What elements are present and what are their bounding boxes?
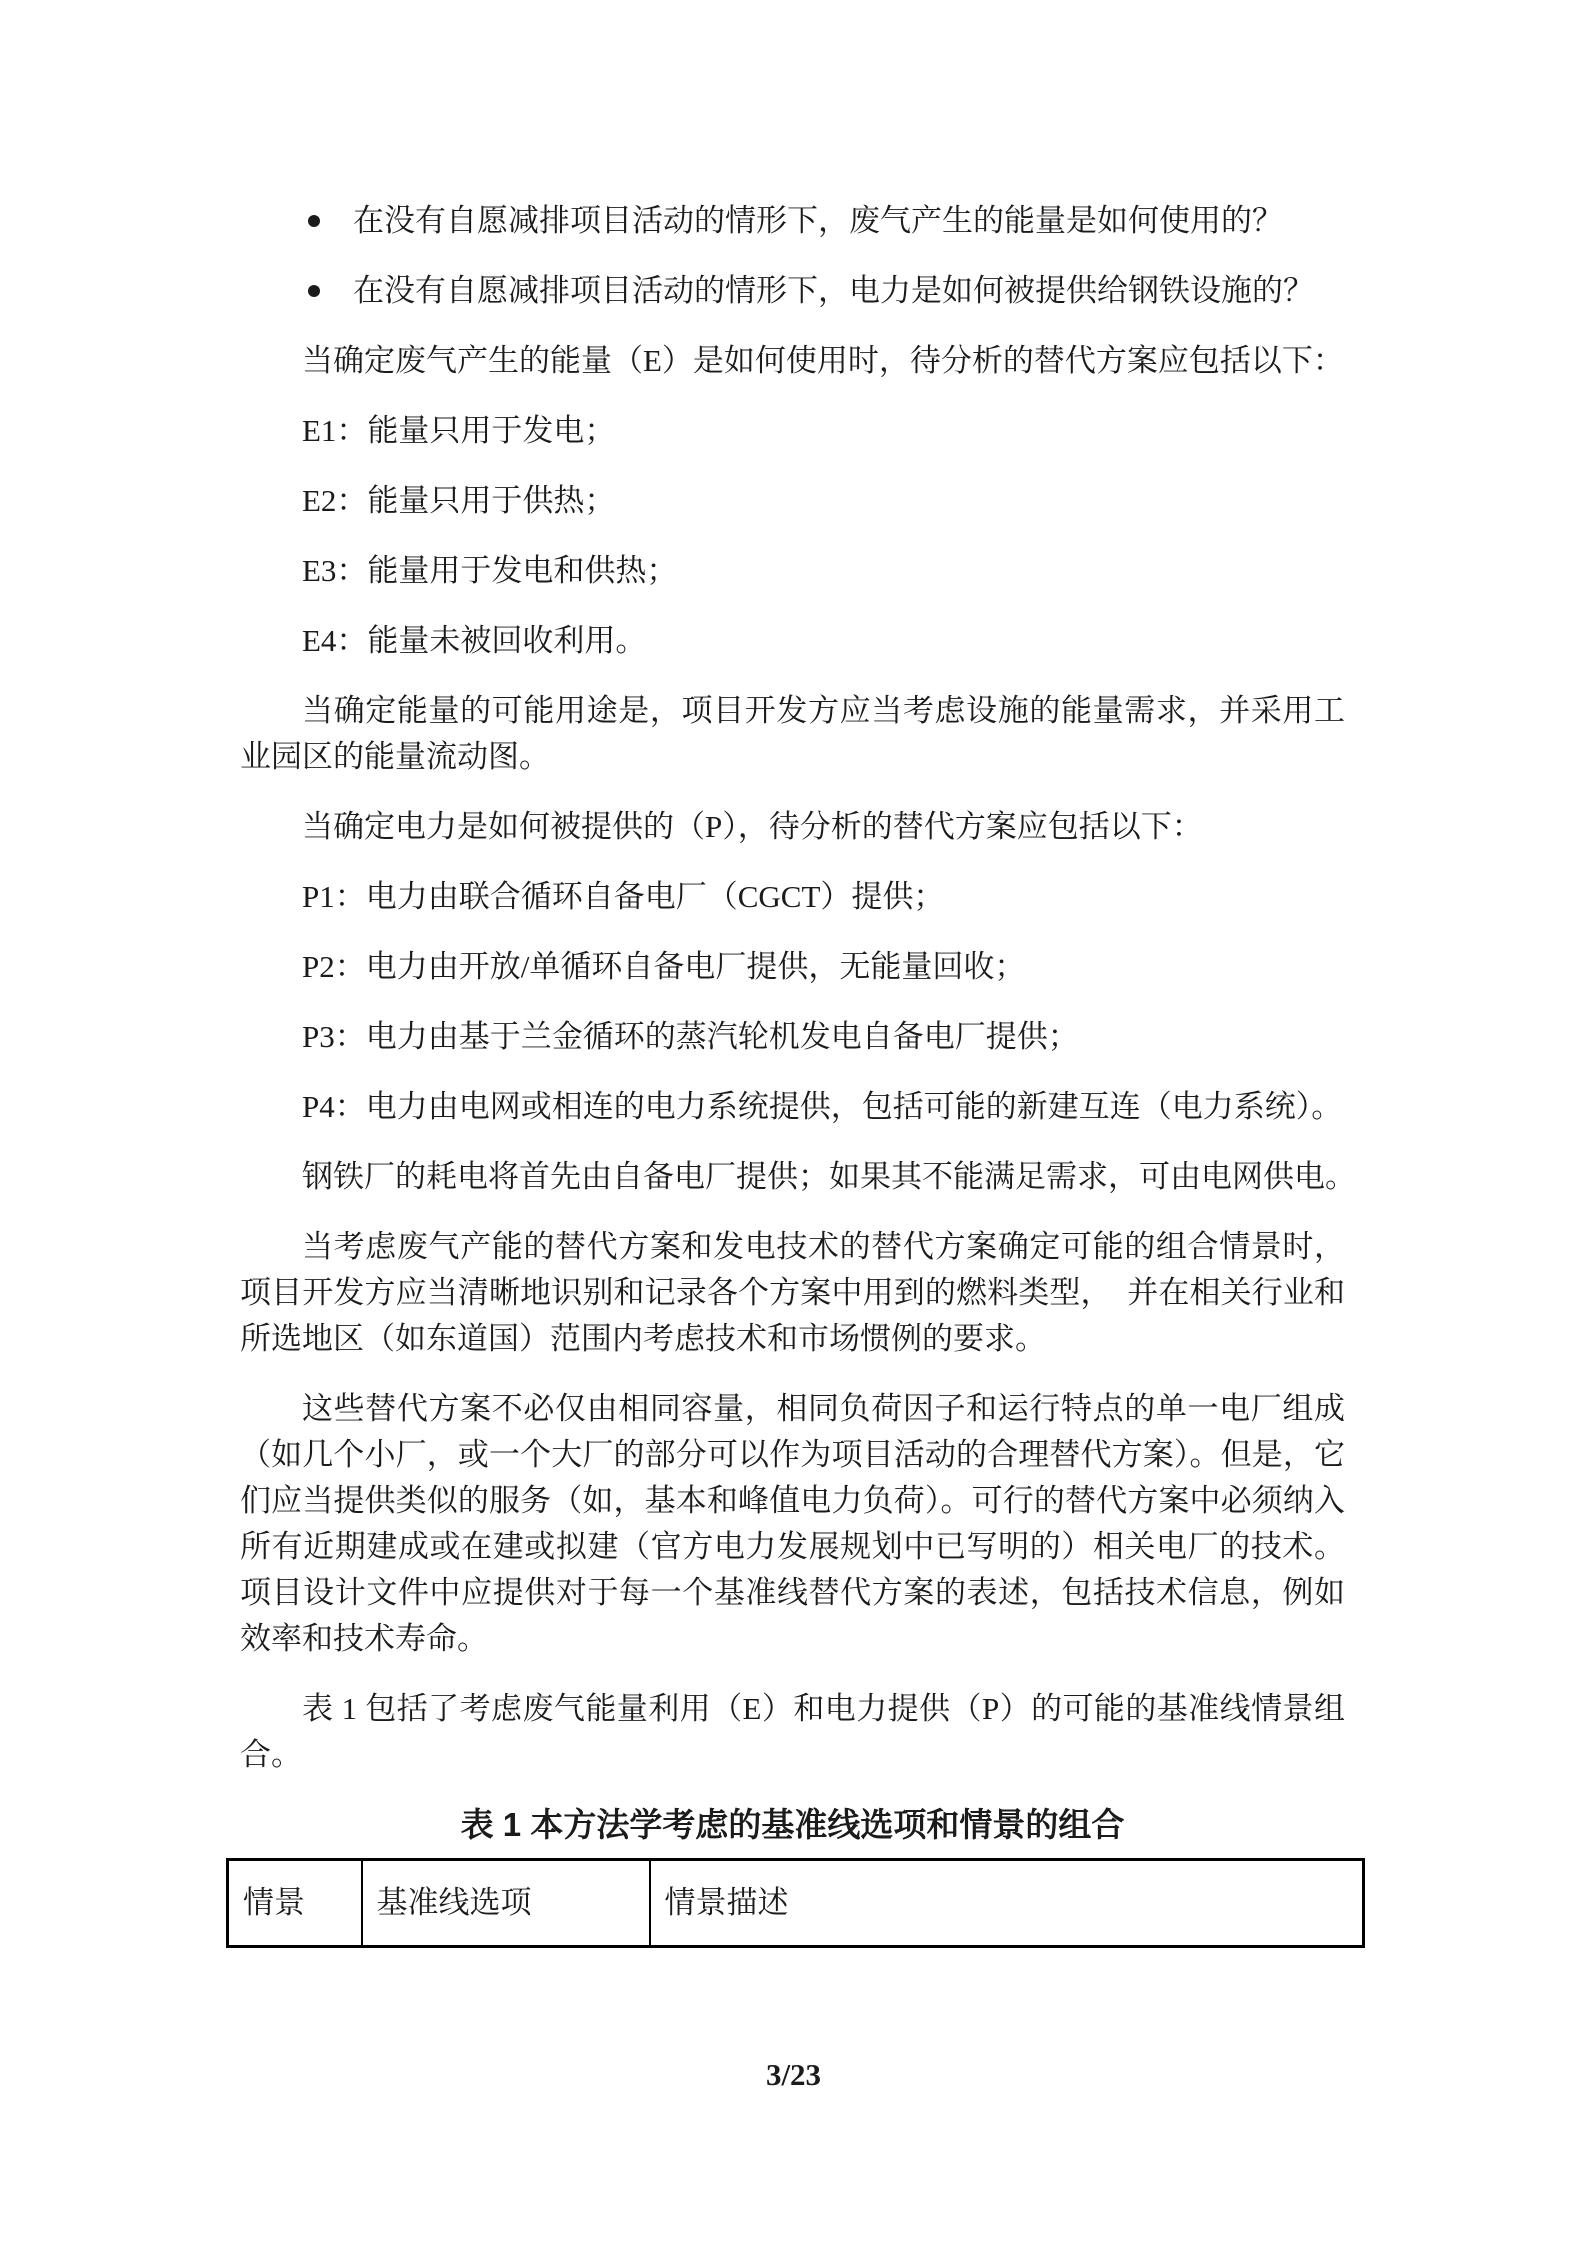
bullet-item-electricity-question: 在没有自愿减排项目活动的情形下，电力是如何被提供给钢铁设施的？ xyxy=(240,268,1345,314)
page-content: 在没有自愿减排项目活动的情形下，废气产生的能量是如何使用的？ 在没有自愿减排项目… xyxy=(240,198,1345,1948)
list-item-e4: E4：能量未被回收利用。 xyxy=(302,618,1345,664)
list-item-p2: P2：电力由开放/单循环自备电厂提供，无能量回收； xyxy=(302,944,1345,990)
list-item-e1: E1：能量只用于发电； xyxy=(302,408,1345,454)
table-caption: 表 1 本方法学考虑的基准线选项和情景的组合 xyxy=(240,1802,1345,1848)
table-header-row: 情景 基准线选项 情景描述 xyxy=(228,1860,1364,1947)
list-item-p1: P1：电力由联合循环自备电厂（CGCT）提供； xyxy=(302,874,1345,920)
bullet-text: 在没有自愿减排项目活动的情形下，废气产生的能量是如何使用的？ xyxy=(353,203,1283,238)
list-item-p4: P4：电力由电网或相连的电力系统提供，包括可能的新建互连（电力系统）。 xyxy=(302,1084,1345,1130)
paragraph-alternatives: 这些替代方案不必仅由相同容量，相同负荷因子和运行特点的单一电厂组成（如几个小厂，… xyxy=(240,1386,1345,1662)
paragraph-energy-use: 当确定能量的可能用途是，项目开发方应当考虑设施的能量需求，并采用工业园区的能量流… xyxy=(240,688,1345,780)
paragraph-table-reference: 表 1 包括了考虑废气能量利用（E）和电力提供（P）的可能的基准线情景组合。 xyxy=(240,1686,1345,1778)
paragraph-grid-supply: 钢铁厂的耗电将首先由自备电厂提供；如果其不能满足需求，可由电网供电。 xyxy=(240,1154,1345,1200)
baseline-scenarios-table: 情景 基准线选项 情景描述 xyxy=(226,1858,1365,1948)
header-cell-scenario: 情景 xyxy=(228,1860,362,1947)
list-item-e3: E3：能量用于发电和供热； xyxy=(302,548,1345,594)
list-item-p3: P3：电力由基于兰金循环的蒸汽轮机发电自备电厂提供； xyxy=(302,1014,1345,1060)
bullet-item-waste-gas-question: 在没有自愿减排项目活动的情形下，废气产生的能量是如何使用的？ xyxy=(240,198,1345,244)
paragraph-p-intro: 当确定电力是如何被提供的（P），待分析的替代方案应包括以下： xyxy=(240,804,1345,850)
header-cell-description: 情景描述 xyxy=(650,1860,1364,1947)
list-item-e2: E2：能量只用于供热； xyxy=(302,478,1345,524)
header-cell-baseline-option: 基准线选项 xyxy=(362,1860,650,1947)
bullet-dot-icon xyxy=(308,285,320,297)
bullet-text: 在没有自愿减排项目活动的情形下，电力是如何被提供给钢铁设施的？ xyxy=(353,273,1314,308)
page-number: 3/23 xyxy=(0,2052,1587,2098)
paragraph-combination: 当考虑废气产能的替代方案和发电技术的替代方案确定可能的组合情景时，项目开发方应当… xyxy=(240,1224,1345,1362)
bullet-dot-icon xyxy=(308,215,320,227)
document-page: 在没有自愿减排项目活动的情形下，废气产生的能量是如何使用的？ 在没有自愿减排项目… xyxy=(0,0,1587,2245)
paragraph-e-intro: 当确定废气产生的能量（E）是如何使用时，待分析的替代方案应包括以下： xyxy=(240,338,1345,384)
